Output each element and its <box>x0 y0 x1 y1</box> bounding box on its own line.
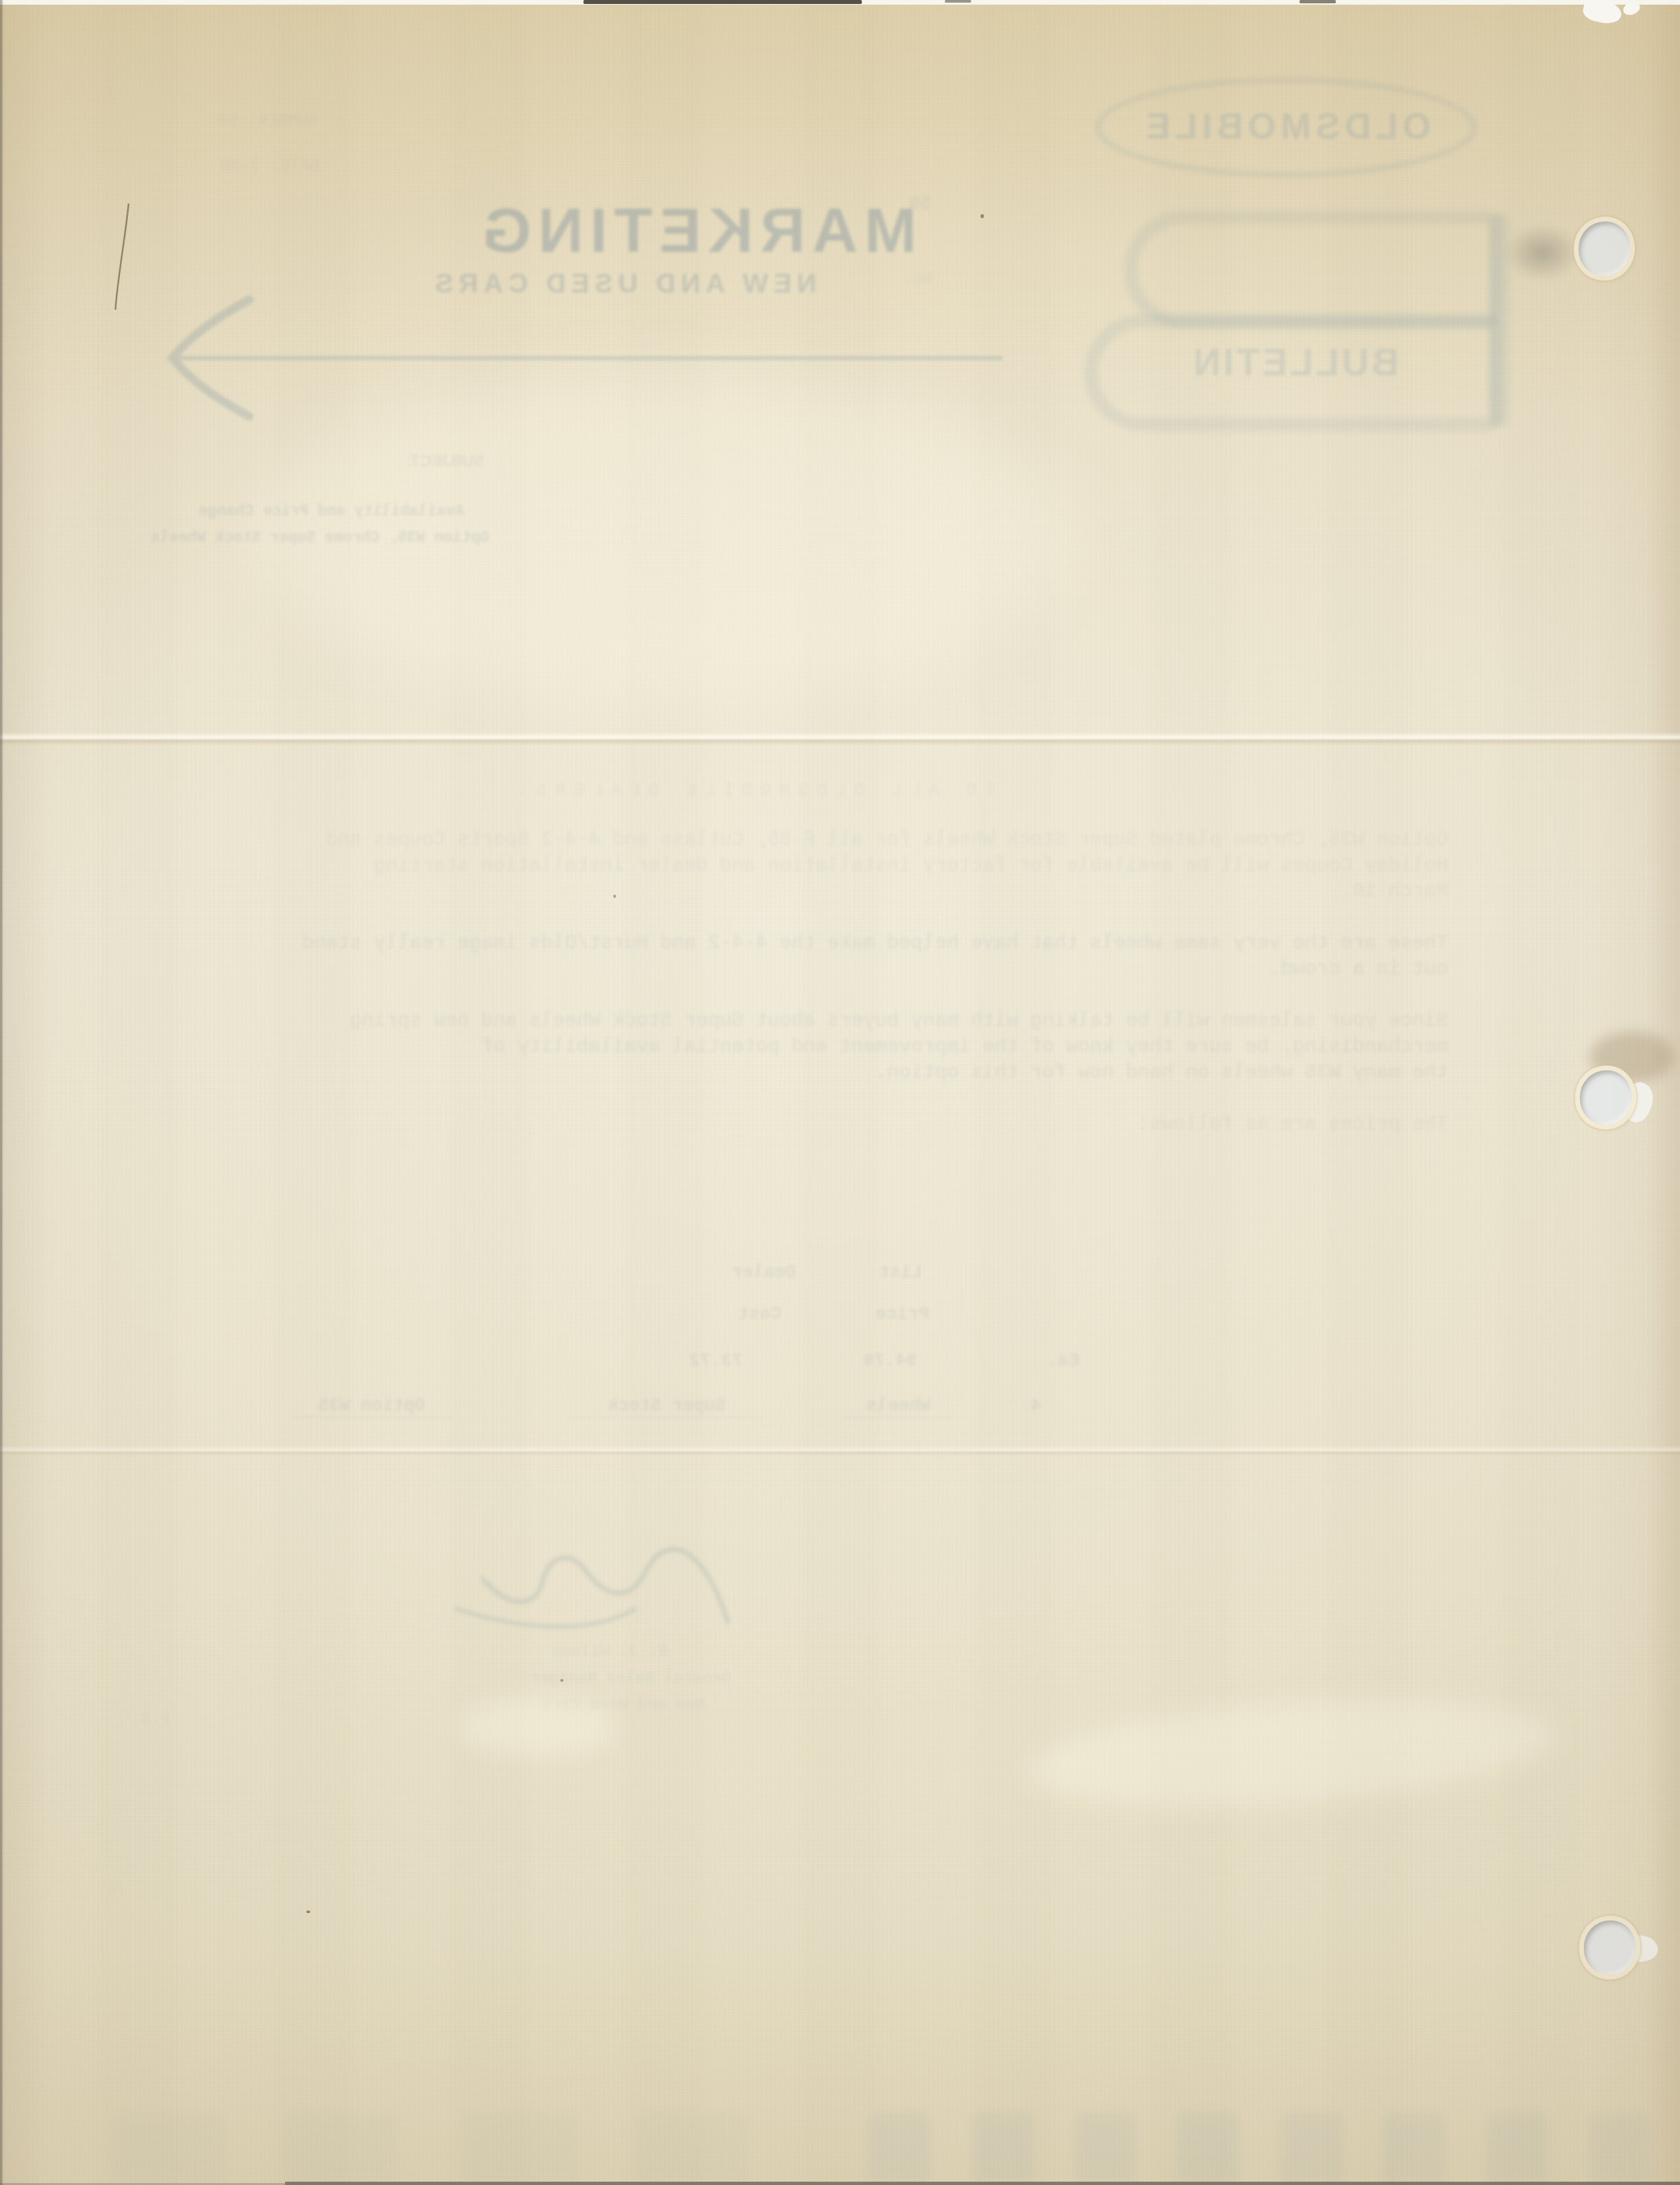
scan-edge-left-soft <box>2 0 3 2185</box>
scan-edge-bottom <box>285 2182 1680 2185</box>
scan-vignette <box>0 0 1680 2185</box>
scan-edge-dark-dash <box>945 0 971 3</box>
scanned-bulletin-back-page: NUMBER: 59 DATE: 2-59 MARKETING NEW AND … <box>0 0 1680 2185</box>
scan-edge-dark-dash <box>583 0 862 4</box>
scan-edge-dark-dash <box>1299 0 1336 3</box>
